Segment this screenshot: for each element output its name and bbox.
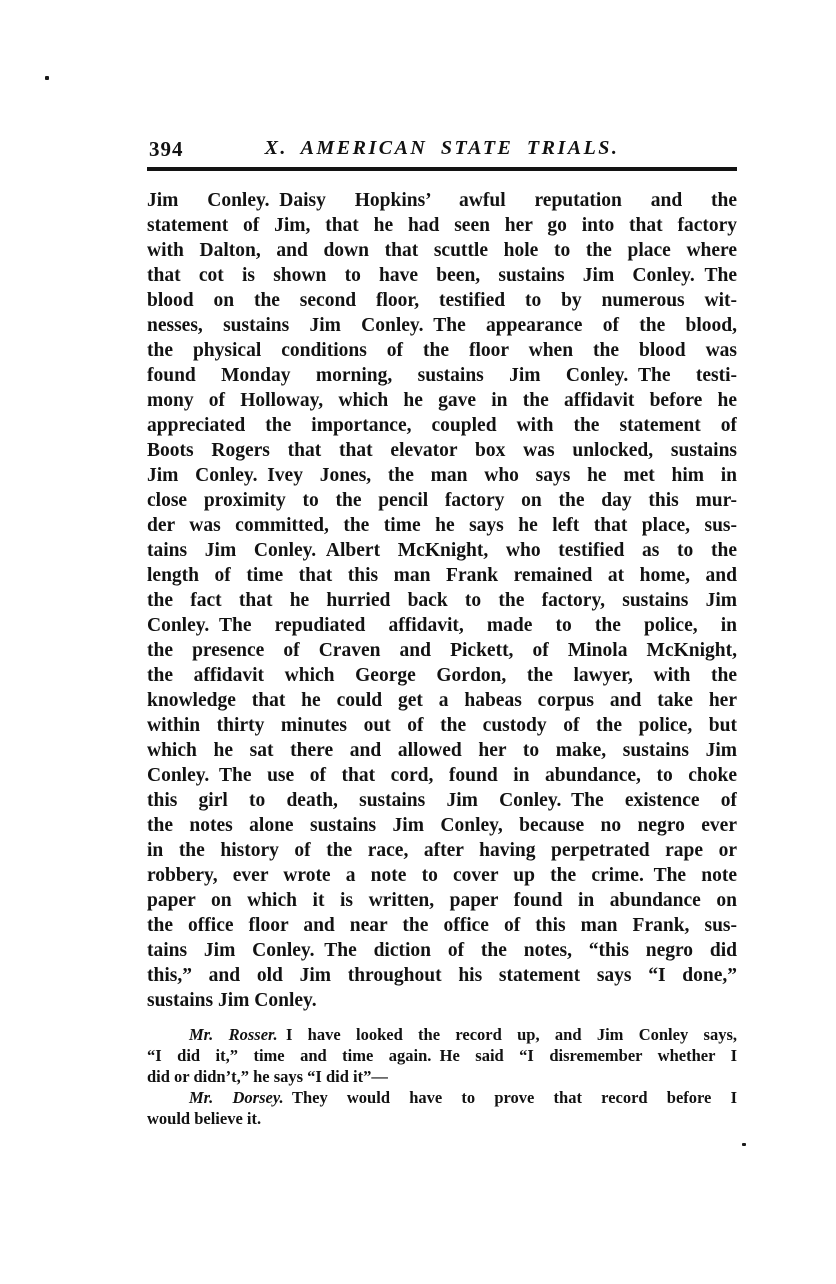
text-line: the physical conditions of the floor whe… (147, 338, 737, 363)
text-line: the fact that he hurried back to the fac… (147, 588, 737, 613)
text-line: the office floor and near the office of … (147, 913, 737, 938)
text-line: mony of Holloway, which he gave in the a… (147, 388, 737, 413)
text-line: close proximity to the pencil factory on… (147, 488, 737, 513)
text-line: appreciated the importance, coupled with… (147, 413, 737, 438)
text-line: within thirty minutes out of the custody… (147, 713, 737, 738)
text-line: with Dalton, and down that scuttle hole … (147, 238, 737, 263)
text-line: tains Jim Conley. The diction of the not… (147, 938, 737, 963)
book-page: 394 X. AMERICAN STATE TRIALS. Jim Conley… (0, 0, 836, 1284)
ink-speck (742, 1143, 746, 1146)
dialogue-section: Mr. Rosser. I have looked the record up,… (147, 1024, 737, 1129)
text-line: blood on the second floor, testified to … (147, 288, 737, 313)
text-line: that cot is shown to have been, sustains… (147, 263, 737, 288)
body-text: Jim Conley. Daisy Hopkins’ awful reputat… (147, 188, 737, 1013)
page-header: 394 X. AMERICAN STATE TRIALS. (147, 137, 737, 163)
page-number: 394 (149, 137, 184, 162)
text-line: which he sat there and allowed her to ma… (147, 738, 737, 763)
text-line: der was committed, the time he says he l… (147, 513, 737, 538)
speaker-name: Mr. Rosser. (189, 1025, 278, 1044)
text-line: the presence of Craven and Pickett, of M… (147, 638, 737, 663)
text-line: the notes alone sustains Jim Conley, bec… (147, 813, 737, 838)
dialogue-line: Mr. Dorsey. They would have to prove tha… (147, 1087, 737, 1108)
text-line: this girl to death, sustains Jim Conley.… (147, 788, 737, 813)
text-line: knowledge that he could get a habeas cor… (147, 688, 737, 713)
ink-speck (45, 76, 49, 80)
text-line: nesses, sustains Jim Conley. The appeara… (147, 313, 737, 338)
text-line: robbery, ever wrote a note to cover up t… (147, 863, 737, 888)
text-line: Jim Conley. Daisy Hopkins’ awful reputat… (147, 188, 737, 213)
text-line: paper on which it is written, paper foun… (147, 888, 737, 913)
text-line: found Monday morning, sustains Jim Conle… (147, 363, 737, 388)
text-block: 394 X. AMERICAN STATE TRIALS. Jim Conley… (147, 0, 737, 1129)
text-line: Conley. The use of that cord, found in a… (147, 763, 737, 788)
text-line: sustains Jim Conley. (147, 988, 737, 1013)
dialogue-line: “I did it,” time and time again. He said… (147, 1045, 737, 1066)
text-line: this,” and old Jim throughout his statem… (147, 963, 737, 988)
text-line: Conley. The repudiated affidavit, made t… (147, 613, 737, 638)
text-line: Boots Rogers that that elevator box was … (147, 438, 737, 463)
dialogue-line: would believe it. (147, 1108, 737, 1129)
text-line: length of time that this man Frank remai… (147, 563, 737, 588)
text-line: tains Jim Conley. Albert McKnight, who t… (147, 538, 737, 563)
dialogue-line: did or didn’t,” he says “I did it”— (147, 1066, 737, 1087)
text-line: the affidavit which George Gordon, the l… (147, 663, 737, 688)
text-line: statement of Jim, that he had seen her g… (147, 213, 737, 238)
running-title: X. AMERICAN STATE TRIALS. (147, 137, 737, 160)
text-line: Jim Conley. Ivey Jones, the man who says… (147, 463, 737, 488)
speaker-name: Mr. Dorsey. (189, 1088, 284, 1107)
text-line: in the history of the race, after having… (147, 838, 737, 863)
dialogue-line: Mr. Rosser. I have looked the record up,… (147, 1024, 737, 1045)
header-rule (147, 167, 737, 171)
